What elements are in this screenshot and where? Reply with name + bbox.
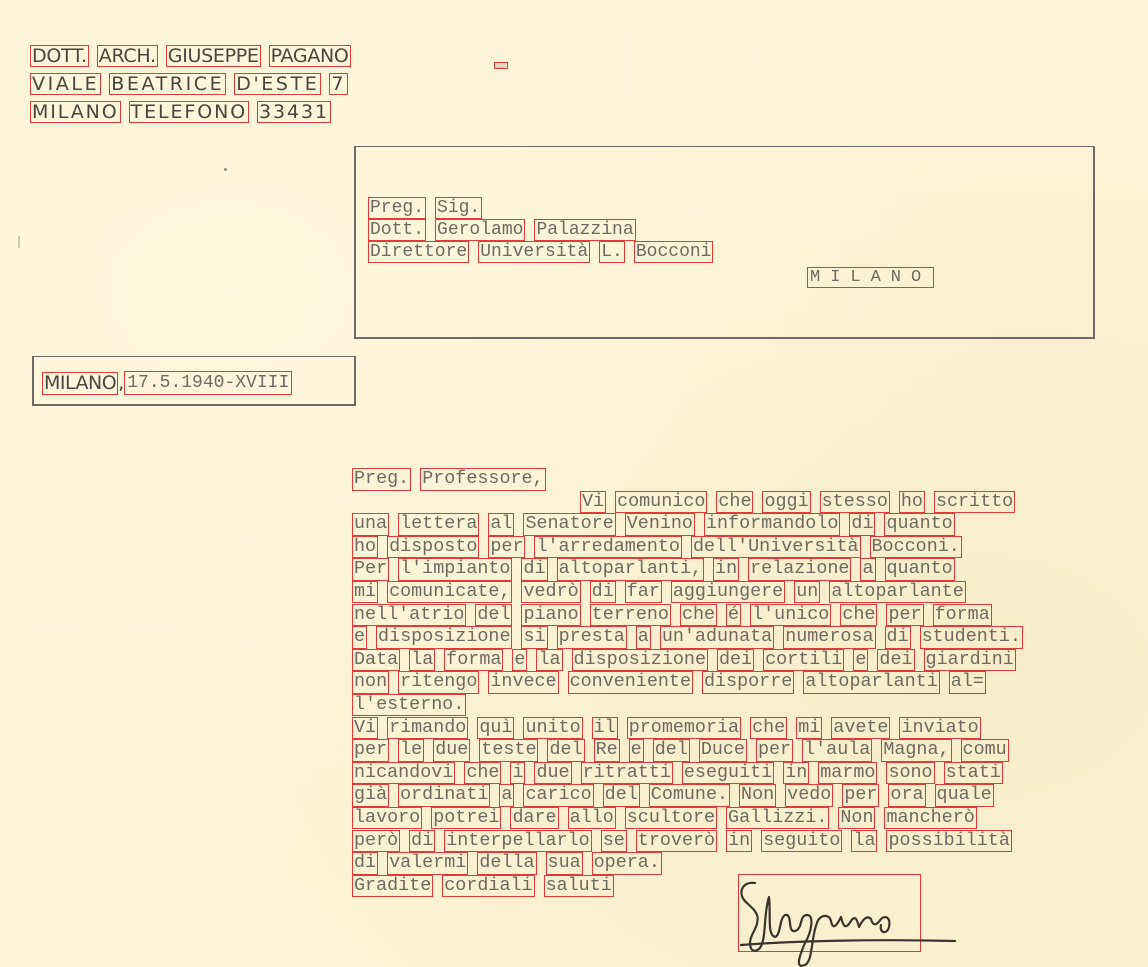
recipient-word: Direttore bbox=[368, 241, 469, 263]
letter-word: un bbox=[794, 581, 820, 603]
letterhead-word: D'ESTE bbox=[234, 73, 321, 95]
letter-word: ho bbox=[899, 491, 925, 513]
letterhead-word: 7 bbox=[329, 73, 348, 95]
letter-word: Magna, bbox=[881, 739, 951, 761]
letter-word: carico bbox=[523, 784, 593, 806]
letter-word: altoparlanti, bbox=[557, 558, 704, 580]
letter-word: le bbox=[398, 739, 424, 761]
letter-word: Vi bbox=[352, 717, 378, 739]
letter-word: far bbox=[625, 581, 662, 603]
letter-word: di bbox=[521, 558, 547, 580]
letter-word: di bbox=[885, 626, 911, 648]
letter-word: se bbox=[601, 830, 627, 852]
letter-word: potrei bbox=[431, 807, 501, 829]
recipient-line: DirettoreUniversitàL.Bocconi bbox=[368, 241, 713, 263]
letter-word: per bbox=[756, 739, 793, 761]
letter-word: per bbox=[488, 536, 525, 558]
letter-word: che bbox=[840, 604, 877, 626]
letter-word: in bbox=[713, 558, 739, 580]
letter-word: quì bbox=[477, 717, 514, 739]
letterhead-word: PAGANO bbox=[269, 45, 351, 67]
letter-word: é bbox=[726, 604, 741, 626]
letter-word: ho bbox=[352, 536, 378, 558]
letter-line: edisposizionesiprestaaun'adunatanumerosa… bbox=[352, 626, 1142, 649]
letter-word: seguito bbox=[761, 830, 842, 852]
letter-word: la bbox=[409, 649, 435, 671]
letter-word: ritengo bbox=[398, 671, 479, 693]
letter-word: e bbox=[352, 626, 367, 648]
letter-word: lettera bbox=[398, 513, 479, 535]
letter-line: Perl'impiantodialtoparlanti,inrelazionea… bbox=[352, 558, 1142, 581]
letterhead-address-line: VIALEBEATRICED'ESTE7 bbox=[30, 71, 351, 97]
letter-word: che bbox=[464, 762, 501, 784]
letter-word: sono bbox=[886, 762, 934, 784]
letter-word: informandolo bbox=[704, 513, 840, 535]
letter-word: l'impianto bbox=[398, 558, 512, 580]
letter-word: l'arredamento bbox=[534, 536, 681, 558]
letter-word: sua bbox=[546, 852, 583, 874]
letterhead-word: DOTT. bbox=[30, 45, 89, 67]
letter-word: due bbox=[534, 762, 571, 784]
letter-line: Datalaformaeladisposizionedeicortiliedei… bbox=[352, 649, 1142, 672]
letter-word: dei bbox=[877, 649, 914, 671]
letter-word: comunicate, bbox=[387, 581, 512, 603]
recipient-word: Università bbox=[478, 241, 590, 263]
letter-word: a bbox=[860, 558, 875, 580]
letter-word: presta bbox=[557, 626, 627, 648]
letter-line: unaletteraalSenatoreVeninoinformandolodi… bbox=[352, 513, 1142, 536]
recipient-word: Sig. bbox=[435, 197, 482, 219]
letter-word: promemoria bbox=[627, 717, 741, 739]
letter-word: dare bbox=[510, 807, 558, 829]
recipient-address-box: Preg.Sig.Dott.GerolamoPalazzinaDirettore… bbox=[354, 146, 1095, 339]
letter-word: scritto bbox=[934, 491, 1015, 513]
letter-word: vedrò bbox=[521, 581, 580, 603]
ink-mark bbox=[494, 62, 508, 69]
letter-word: quale bbox=[935, 784, 994, 806]
letter-word: Data bbox=[352, 649, 400, 671]
letter-word: si bbox=[521, 626, 547, 648]
letter-word: Senatore bbox=[523, 513, 615, 535]
letter-word: in bbox=[783, 762, 809, 784]
letterhead-word: VIALE bbox=[30, 73, 101, 95]
recipient-line: Preg.Sig. bbox=[368, 197, 713, 219]
letter-word: mi bbox=[352, 581, 378, 603]
letterhead: DOTT.ARCH.GIUSEPPEPAGANO VIALEBEATRICED'… bbox=[30, 43, 351, 127]
letter-word: Non bbox=[838, 807, 875, 829]
recipient-word: Bocconi bbox=[634, 241, 714, 263]
letter-word: cordiali bbox=[442, 875, 534, 897]
letter-line: divalermidellasuaopera. bbox=[352, 852, 1142, 875]
letter-word: i bbox=[510, 762, 525, 784]
letter-word: di bbox=[849, 513, 875, 535]
letter-word: stesso bbox=[820, 491, 890, 513]
salutation-word: Preg. bbox=[352, 468, 411, 490]
letterhead-word: GIUSEPPE bbox=[166, 45, 261, 67]
dateline-city: MILANO bbox=[42, 372, 118, 395]
letter-word: possibilità bbox=[886, 830, 1011, 852]
letter-word: l'unico bbox=[750, 604, 831, 626]
dateline-date: 17.5.1940-XVIII bbox=[124, 371, 292, 395]
letter-word: l'esterno. bbox=[352, 694, 466, 716]
letterhead-word: BEATRICE bbox=[109, 73, 226, 95]
letterhead-word: ARCH. bbox=[97, 45, 158, 67]
letter-word: stati bbox=[944, 762, 1003, 784]
letter-word: Non bbox=[739, 784, 776, 806]
letter-word: disposto bbox=[387, 536, 479, 558]
letter-word: quanto bbox=[884, 513, 954, 535]
letter-word: del bbox=[603, 784, 640, 806]
letter-word: conveniente bbox=[568, 671, 693, 693]
letter-word: della bbox=[477, 852, 536, 874]
letter-line: hodispostoperl'arredamentodell'Universit… bbox=[352, 536, 1142, 559]
letter-word: per bbox=[352, 739, 389, 761]
pencil-mark bbox=[18, 236, 20, 248]
letter-line: nonritengoinvececonvenientedisporrealtop… bbox=[352, 671, 1142, 694]
letter-word: opera. bbox=[592, 852, 662, 874]
letter-line: lavoropotreidarealloscultoreGallizzi.Non… bbox=[352, 807, 1142, 830]
letter-word: giardini bbox=[924, 649, 1016, 671]
letter-word: relazione bbox=[748, 558, 851, 580]
letter-word: quanto bbox=[885, 558, 955, 580]
letter-word: altoparlante bbox=[829, 581, 965, 603]
letter-word: mi bbox=[796, 717, 822, 739]
letterhead-word: MILANO bbox=[30, 101, 121, 123]
letter-word: per bbox=[842, 784, 879, 806]
letter-line: l'esterno. bbox=[352, 694, 1142, 717]
letter-word: teste bbox=[479, 739, 538, 761]
letter-word: ora bbox=[888, 784, 925, 806]
letter-word: avete bbox=[831, 717, 890, 739]
letter-word: terreno bbox=[590, 604, 671, 626]
letter-word: interpellarlo bbox=[444, 830, 591, 852]
letter-word: forma bbox=[933, 604, 992, 626]
letter-word: ritratti bbox=[581, 762, 673, 784]
letter-word: e bbox=[629, 739, 644, 761]
recipient-word: Dott. bbox=[368, 219, 426, 241]
letter-word: Gradite bbox=[352, 875, 433, 897]
letter-word: numerosa bbox=[783, 626, 875, 648]
letter-line: nell'atriodelpianoterrenocheél'unicochep… bbox=[352, 604, 1142, 627]
recipient-address: Preg.Sig.Dott.GerolamoPalazzinaDirettore… bbox=[368, 197, 713, 263]
letter-word: ordinati bbox=[398, 784, 490, 806]
letter-word: studenti. bbox=[920, 626, 1023, 648]
letter-word: del bbox=[475, 604, 512, 626]
letter-word: del bbox=[653, 739, 690, 761]
recipient-word: Gerolamo bbox=[435, 219, 525, 241]
recipient-word: L. bbox=[599, 241, 625, 263]
letter-word: per bbox=[886, 604, 923, 626]
letter-word: la bbox=[536, 649, 562, 671]
letter-word: di bbox=[590, 581, 616, 603]
letter-word: e bbox=[512, 649, 527, 671]
letter-word: altoparlanti bbox=[803, 671, 939, 693]
letter-word: invece bbox=[488, 671, 558, 693]
letter-word: cortili bbox=[763, 649, 844, 671]
letter-line: Virimandoquìunitoilpromemoriachemiavetei… bbox=[352, 717, 1142, 740]
letter-word: Per bbox=[352, 558, 389, 580]
letter-word: al bbox=[488, 513, 514, 535]
letter-word: Bocconi. bbox=[870, 536, 962, 558]
letter-word: al= bbox=[949, 671, 986, 693]
letter-word: di bbox=[409, 830, 435, 852]
letter-word: già bbox=[352, 784, 389, 806]
letter-word: eseguiti bbox=[682, 762, 774, 784]
letter-word: troverò bbox=[636, 830, 717, 852]
letterhead-phone-line: MILANOTELEFONO33431 bbox=[30, 99, 351, 125]
letter-word: Vi bbox=[580, 491, 606, 513]
recipient-line: Dott.GerolamoPalazzina bbox=[368, 219, 713, 241]
letter-word: comu bbox=[961, 739, 1009, 761]
salutation-word: Professore, bbox=[420, 468, 545, 490]
letterhead-name-line: DOTT.ARCH.GIUSEPPEPAGANO bbox=[30, 43, 351, 69]
letter-word: disporre bbox=[702, 671, 794, 693]
letter-body: Preg.Professore, Vicomunicocheoggistesso… bbox=[352, 468, 1142, 897]
letter-word: comunico bbox=[615, 491, 707, 513]
letter-word: una bbox=[352, 513, 389, 535]
letter-word: mancherò bbox=[884, 807, 976, 829]
letter-line: giàordinatiacaricodelComune.Nonvedoperor… bbox=[352, 784, 1142, 807]
letter-word: rimando bbox=[387, 717, 468, 739]
letter-word: disposizione bbox=[572, 649, 708, 671]
letter-word: nicandovi bbox=[352, 762, 455, 784]
signature: GPagano bbox=[738, 874, 921, 952]
letter-line: nicandovicheidueritrattieseguitiinmarmos… bbox=[352, 762, 1142, 785]
letter-word: nell'atrio bbox=[352, 604, 466, 626]
letter-word: forma bbox=[444, 649, 503, 671]
letter-word: scultore bbox=[625, 807, 717, 829]
letter-word: il bbox=[592, 717, 618, 739]
dateline-box: MILANO , 17.5.1940-XVIII bbox=[32, 356, 356, 406]
letter-word: però bbox=[352, 830, 400, 852]
letter-word: dei bbox=[717, 649, 754, 671]
letter-word: Re bbox=[594, 739, 620, 761]
letter-word: che bbox=[750, 717, 787, 739]
letter-word: oggi bbox=[762, 491, 810, 513]
letter-word: allo bbox=[568, 807, 616, 829]
letter-word: inviato bbox=[899, 717, 980, 739]
letter-word: due bbox=[433, 739, 470, 761]
letter-line: perleduetestedelReedelDuceperl'aulaMagna… bbox=[352, 739, 1142, 762]
letter-word: a bbox=[499, 784, 514, 806]
letterhead-word: TELEFONO bbox=[129, 101, 249, 123]
recipient-city: MILANO bbox=[807, 267, 934, 288]
salutation: Preg.Professore, bbox=[352, 468, 1142, 491]
letter-word: e bbox=[853, 649, 868, 671]
letter-word: Gallizzi. bbox=[726, 807, 829, 829]
letter-word: Comune. bbox=[649, 784, 730, 806]
letterhead-word: 33431 bbox=[257, 101, 331, 123]
letter-word: saluti bbox=[544, 875, 614, 897]
letter-word: un'adunata bbox=[660, 626, 774, 648]
letter-word: marmo bbox=[818, 762, 877, 784]
recipient-word: Palazzina bbox=[534, 219, 635, 241]
letter-word: a bbox=[636, 626, 651, 648]
letter-word: di bbox=[352, 852, 378, 874]
recipient-word: Preg. bbox=[368, 197, 426, 219]
letter-word: la bbox=[851, 830, 877, 852]
signature-stroke-icon bbox=[733, 875, 963, 967]
paper-speck bbox=[224, 168, 227, 171]
letter-word: valermi bbox=[387, 852, 468, 874]
letter-word: che bbox=[716, 491, 753, 513]
dateline: MILANO , 17.5.1940-XVIII bbox=[42, 371, 292, 395]
letter-word: Venino bbox=[625, 513, 695, 535]
letter-word: del bbox=[547, 739, 584, 761]
letter-line: peròdiinterpellarlosetroveròinseguitolap… bbox=[352, 830, 1142, 853]
letter-word: disposizione bbox=[376, 626, 512, 648]
letter-word: dell'Università bbox=[691, 536, 861, 558]
letter-word: Duce bbox=[699, 739, 747, 761]
letter-line: micomunicate,vedròdifaraggiungereunaltop… bbox=[352, 581, 1142, 604]
letter-line: Vicomunicocheoggistessohoscritto bbox=[352, 491, 1142, 514]
letter-word: aggiungere bbox=[671, 581, 785, 603]
letter-word: non bbox=[352, 671, 389, 693]
letter-word: unito bbox=[523, 717, 582, 739]
letter-word: che bbox=[680, 604, 717, 626]
letter-word: l'aula bbox=[802, 739, 872, 761]
letter-word: piano bbox=[521, 604, 580, 626]
letter-word: in bbox=[726, 830, 752, 852]
letter-word: vedo bbox=[785, 784, 833, 806]
letter-word: lavoro bbox=[352, 807, 422, 829]
